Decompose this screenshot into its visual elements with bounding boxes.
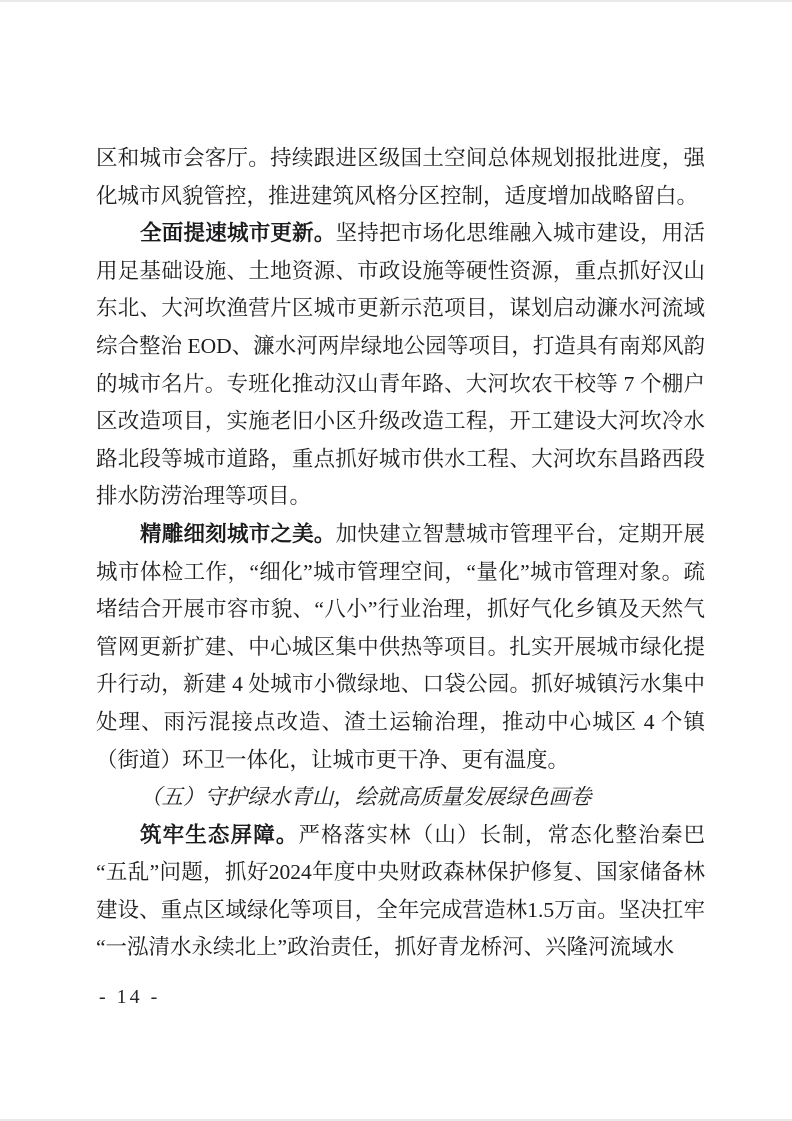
para-lead: 筑牢生态屏障。	[140, 823, 299, 847]
para-text: 坚持把市场化思维融入城市建设，用活用足基础设施、土地资源、市政设施等硬性资源，重…	[96, 221, 705, 508]
paragraph: 区和城市会客厅。持续跟进区级国土空间总体规划报批进度，强化城市风貌管控，推进建筑…	[96, 140, 705, 215]
para-lead: 全面提速城市更新。	[140, 221, 336, 245]
page-top-edge	[0, 0, 792, 2]
paragraph: （五）守护绿水青山，绘就高质量发展绿色画卷	[96, 779, 705, 817]
document-page: 区和城市会客厅。持续跟进区级国土空间总体规划报批进度，强化城市风貌管控，推进建筑…	[0, 0, 792, 1121]
para-text: 区和城市会客厅。持续跟进区级国土空间总体规划报批进度，强化城市风貌管控，推进建筑…	[96, 146, 705, 208]
paragraph: 全面提速城市更新。坚持把市场化思维融入城市建设，用活用足基础设施、土地资源、市政…	[96, 215, 705, 516]
para-text: 加快建立智慧城市管理平台，定期开展城市体检工作，“细化”城市管理空间，“量化”城…	[96, 522, 705, 772]
paragraph: 筑牢生态屏障。严格落实林（山）长制，常态化整治秦巴“五乱”问题，抓好2024年度…	[96, 817, 705, 967]
paragraph: 精雕细刻城市之美。加快建立智慧城市管理平台，定期开展城市体检工作，“细化”城市管…	[96, 516, 705, 779]
para-lead: 精雕细刻城市之美。	[140, 522, 336, 546]
document-body: 区和城市会客厅。持续跟进区级国土空间总体规划报批进度，强化城市风貌管控，推进建筑…	[96, 140, 705, 967]
page-number: - 14 -	[99, 984, 160, 1010]
para-text: （五）守护绿水青山，绘就高质量发展绿色画卷	[140, 785, 592, 809]
